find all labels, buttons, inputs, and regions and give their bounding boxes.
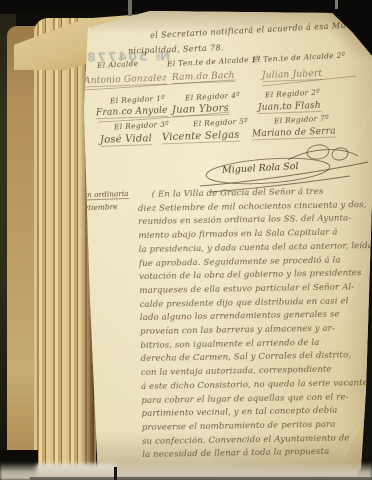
signature-name: José Vidal: [100, 133, 152, 147]
body-paragraph: ( En la Villa de Gracia del Señor á tres…: [138, 185, 372, 463]
scanned-manuscript-photo: № 504778 el Secretario notificará el acu…: [0, 0, 372, 480]
top-clamp-mark: [335, 0, 338, 9]
top-clamp-mark: [128, 0, 132, 16]
bottom-tick-mark: [114, 467, 117, 480]
header-note-line: nicipalidad, Serta 78.: [128, 43, 224, 55]
signature-underline-flourish: [80, 78, 360, 128]
